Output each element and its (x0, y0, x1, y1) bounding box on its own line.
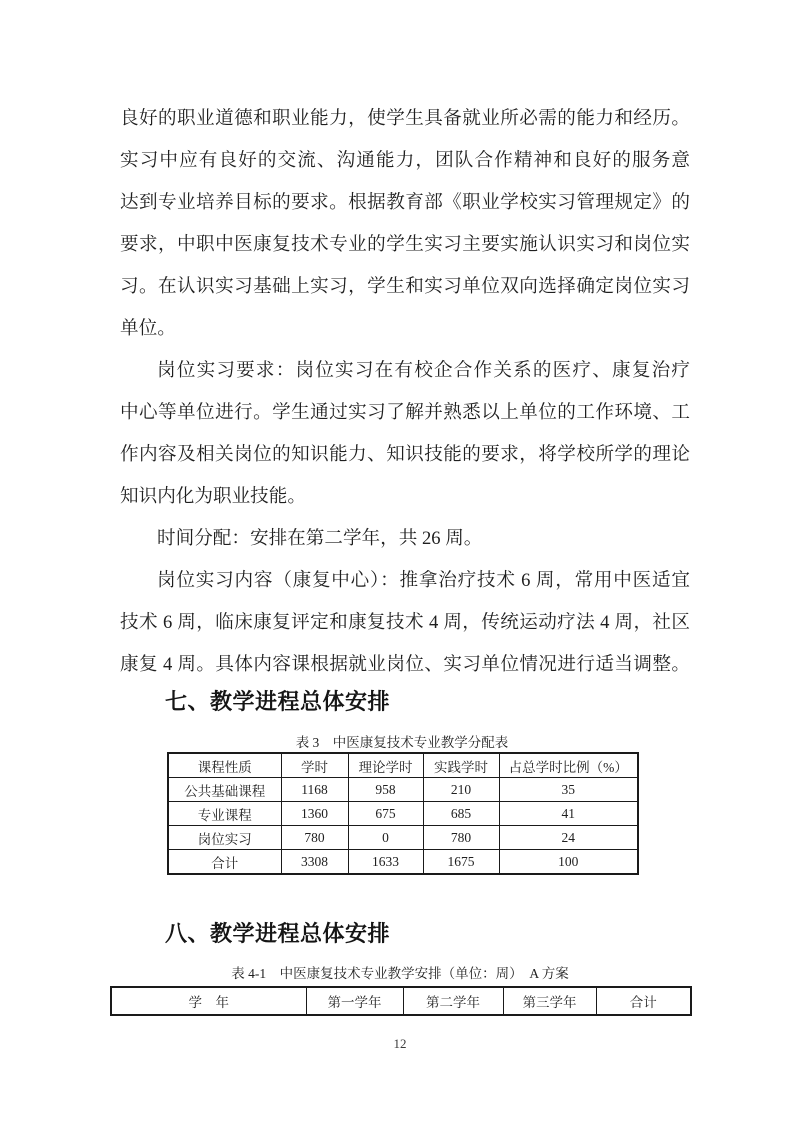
body-line: 习。在认识实习基础上实习，学生和实习单位双向选择确定岗位实习 (120, 266, 690, 308)
table-cell: 780 (281, 826, 348, 850)
table-cell: 100 (499, 850, 638, 875)
table-cell: 685 (423, 802, 499, 826)
table-cell: 0 (348, 826, 423, 850)
column-header: 课程性质 (168, 753, 281, 778)
table-header-row: 学 年 第一学年 第二学年 第三学年 合计 (111, 987, 691, 1015)
table3-caption: 表 3 中医康复技术专业教学分配表 (167, 731, 637, 751)
section-heading-8: 八、教学进程总体安排 (165, 917, 390, 948)
document-page: 良好的职业道德和职业能力，使学生具备就业所必需的能力和经历。 实习中应有良好的交… (0, 0, 800, 1131)
body-line: 单位。 (120, 308, 690, 350)
body-line: 实习中应有良好的交流、沟通能力，团队合作精神和良好的服务意识， (120, 140, 690, 182)
table-cell: 公共基础课程 (168, 778, 281, 802)
table-cell: 958 (348, 778, 423, 802)
column-header: 学 年 (111, 987, 306, 1015)
table-cell: 岗位实习 (168, 826, 281, 850)
table4-caption: 表 4-1 中医康复技术专业教学安排（单位：周） A 方案 (110, 962, 690, 982)
body-text: 良好的职业道德和职业能力，使学生具备就业所必需的能力和经历。 实习中应有良好的交… (120, 98, 690, 686)
table-cell: 合计 (168, 850, 281, 875)
teaching-schedule-table: 学 年 第一学年 第二学年 第三学年 合计 (110, 986, 692, 1016)
body-line: 作内容及相关岗位的知识能力、知识技能的要求，将学校所学的理论 (120, 434, 690, 476)
body-line: 岗位实习要求：岗位实习在有校企合作关系的医疗、康复治疗 (120, 350, 690, 392)
body-line: 岗位实习内容（康复中心）：推拿治疗技术 6 周，常用中医适宜 (120, 560, 690, 602)
body-line: 时间分配：安排在第二学年，共 26 周。 (120, 518, 690, 560)
table-header-row: 课程性质 学时 理论学时 实践学时 占总学时比例（%） (168, 753, 638, 778)
table-cell: 1633 (348, 850, 423, 875)
body-line: 达到专业培养目标的要求。根据教育部《职业学校实习管理规定》的 (120, 182, 690, 224)
section-heading-7: 七、教学进程总体安排 (165, 685, 390, 716)
column-header: 第三学年 (503, 987, 596, 1015)
table-cell: 1168 (281, 778, 348, 802)
column-header: 第二学年 (403, 987, 503, 1015)
body-line: 知识内化为职业技能。 (120, 476, 690, 518)
table-cell: 1360 (281, 802, 348, 826)
table-cell: 专业课程 (168, 802, 281, 826)
table-row: 合计 3308 1633 1675 100 (168, 850, 638, 875)
body-line: 良好的职业道德和职业能力，使学生具备就业所必需的能力和经历。 (120, 98, 690, 140)
body-line: 要求，中职中医康复技术专业的学生实习主要实施认识实习和岗位实 (120, 224, 690, 266)
table-cell: 41 (499, 802, 638, 826)
body-line: 技术 6 周，临床康复评定和康复技术 4 周，传统运动疗法 4 周，社区 (120, 602, 690, 644)
column-header: 学时 (281, 753, 348, 778)
column-header: 占总学时比例（%） (499, 753, 638, 778)
table-cell: 3308 (281, 850, 348, 875)
teaching-allocation-table: 课程性质 学时 理论学时 实践学时 占总学时比例（%） 公共基础课程 1168 … (167, 752, 639, 875)
column-header: 实践学时 (423, 753, 499, 778)
table-cell: 675 (348, 802, 423, 826)
table-row: 公共基础课程 1168 958 210 35 (168, 778, 638, 802)
column-header: 第一学年 (306, 987, 403, 1015)
table-cell: 35 (499, 778, 638, 802)
table-cell: 780 (423, 826, 499, 850)
table-row: 专业课程 1360 675 685 41 (168, 802, 638, 826)
body-line: 康复 4 周。具体内容课根据就业岗位、实习单位情况进行适当调整。 (120, 644, 690, 686)
column-header: 合计 (596, 987, 691, 1015)
column-header: 理论学时 (348, 753, 423, 778)
body-line: 中心等单位进行。学生通过实习了解并熟悉以上单位的工作环境、工 (120, 392, 690, 434)
table-row: 岗位实习 780 0 780 24 (168, 826, 638, 850)
page-number: 12 (0, 1036, 800, 1052)
table-cell: 1675 (423, 850, 499, 875)
table-cell: 210 (423, 778, 499, 802)
table-cell: 24 (499, 826, 638, 850)
